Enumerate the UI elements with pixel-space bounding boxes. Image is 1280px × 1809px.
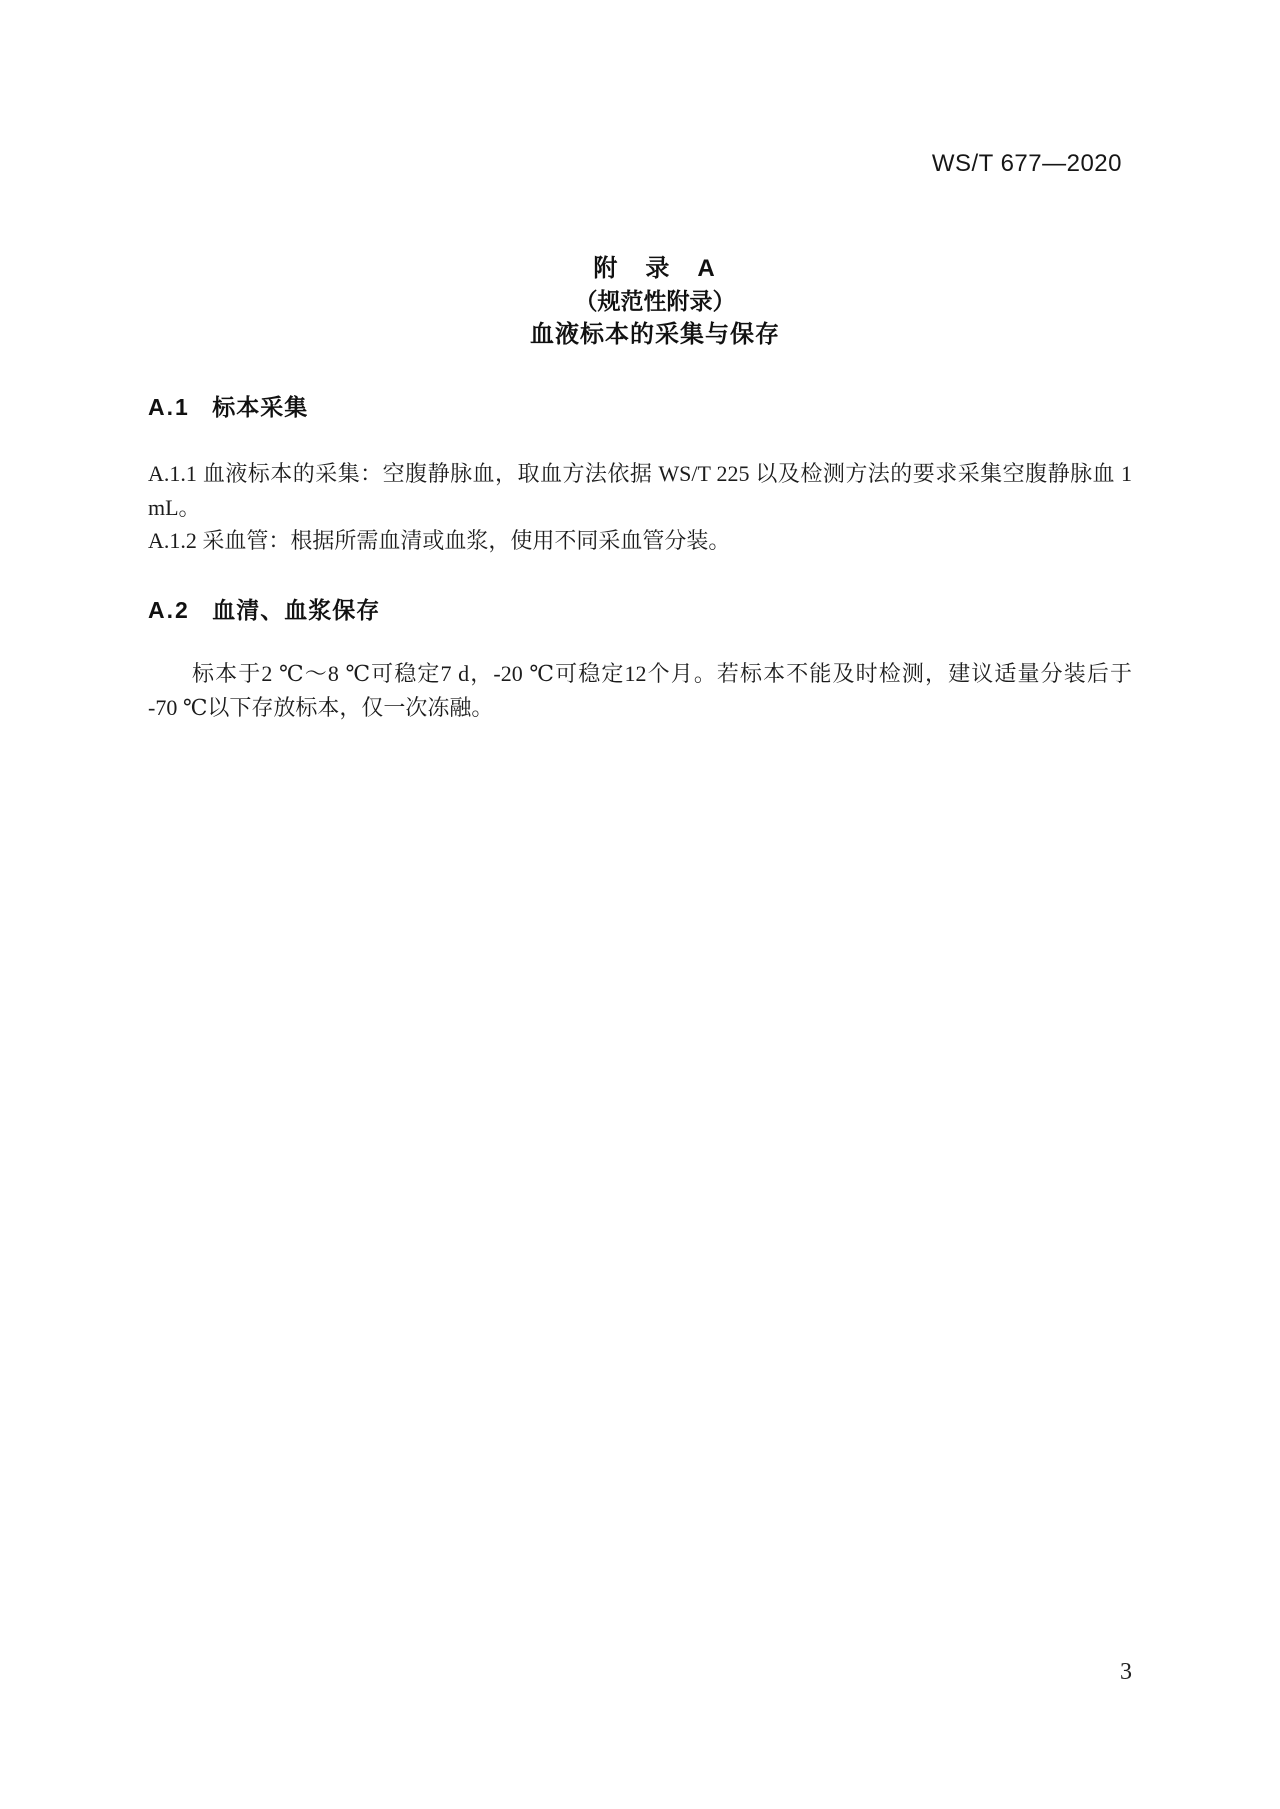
section-a1-heading: A.1 标本采集 bbox=[148, 393, 308, 421]
standard-code-header: WS/T 677—2020 bbox=[0, 150, 1122, 178]
appendix-title: 附 录 A bbox=[30, 252, 1280, 285]
clause-a11-paragraph: A.1.1 血液标本的采集：空腹静脉血，取血方法依据 WS/T 225 以及检测… bbox=[148, 457, 1132, 525]
section-a1-number: A.1 bbox=[148, 394, 190, 420]
clause-a11-line1: A.1.1 血液标本的采集：空腹静脉血，取血方法依据 WS/T 225 以及检测… bbox=[148, 457, 1132, 491]
section-a2-line1: 标本于2 ℃～8 ℃可稳定7 d，-20 ℃可稳定12个月。若标本不能及时检测，… bbox=[148, 657, 1132, 691]
appendix-title-block: 附 录 A （规范性附录） 血液标本的采集与保存 bbox=[30, 252, 1280, 351]
section-a1-title: 标本采集 bbox=[212, 394, 308, 420]
appendix-subtitle: （规范性附录） bbox=[30, 285, 1280, 318]
section-a2-number: A.2 bbox=[148, 597, 190, 623]
section-a2-paragraph: 标本于2 ℃～8 ℃可稳定7 d，-20 ℃可稳定12个月。若标本不能及时检测，… bbox=[148, 657, 1132, 725]
section-a2-line2: -70 ℃以下存放标本，仅一次冻融。 bbox=[148, 691, 1132, 725]
clause-a11-line2: mL。 bbox=[148, 491, 1132, 525]
section-a2-title: 血清、血浆保存 bbox=[212, 597, 380, 623]
appendix-name: 血液标本的采集与保存 bbox=[30, 318, 1280, 351]
clause-a12-line1: A.1.2 采血管：根据所需血清或血浆，使用不同采血管分装。 bbox=[148, 524, 1132, 558]
clause-a12-paragraph: A.1.2 采血管：根据所需血清或血浆，使用不同采血管分装。 bbox=[148, 524, 1132, 558]
section-a2-heading: A.2 血清、血浆保存 bbox=[148, 596, 380, 624]
page-number: 3 bbox=[1120, 1659, 1132, 1686]
document-page: WS/T 677—2020 附 录 A （规范性附录） 血液标本的采集与保存 A… bbox=[0, 0, 1280, 1809]
